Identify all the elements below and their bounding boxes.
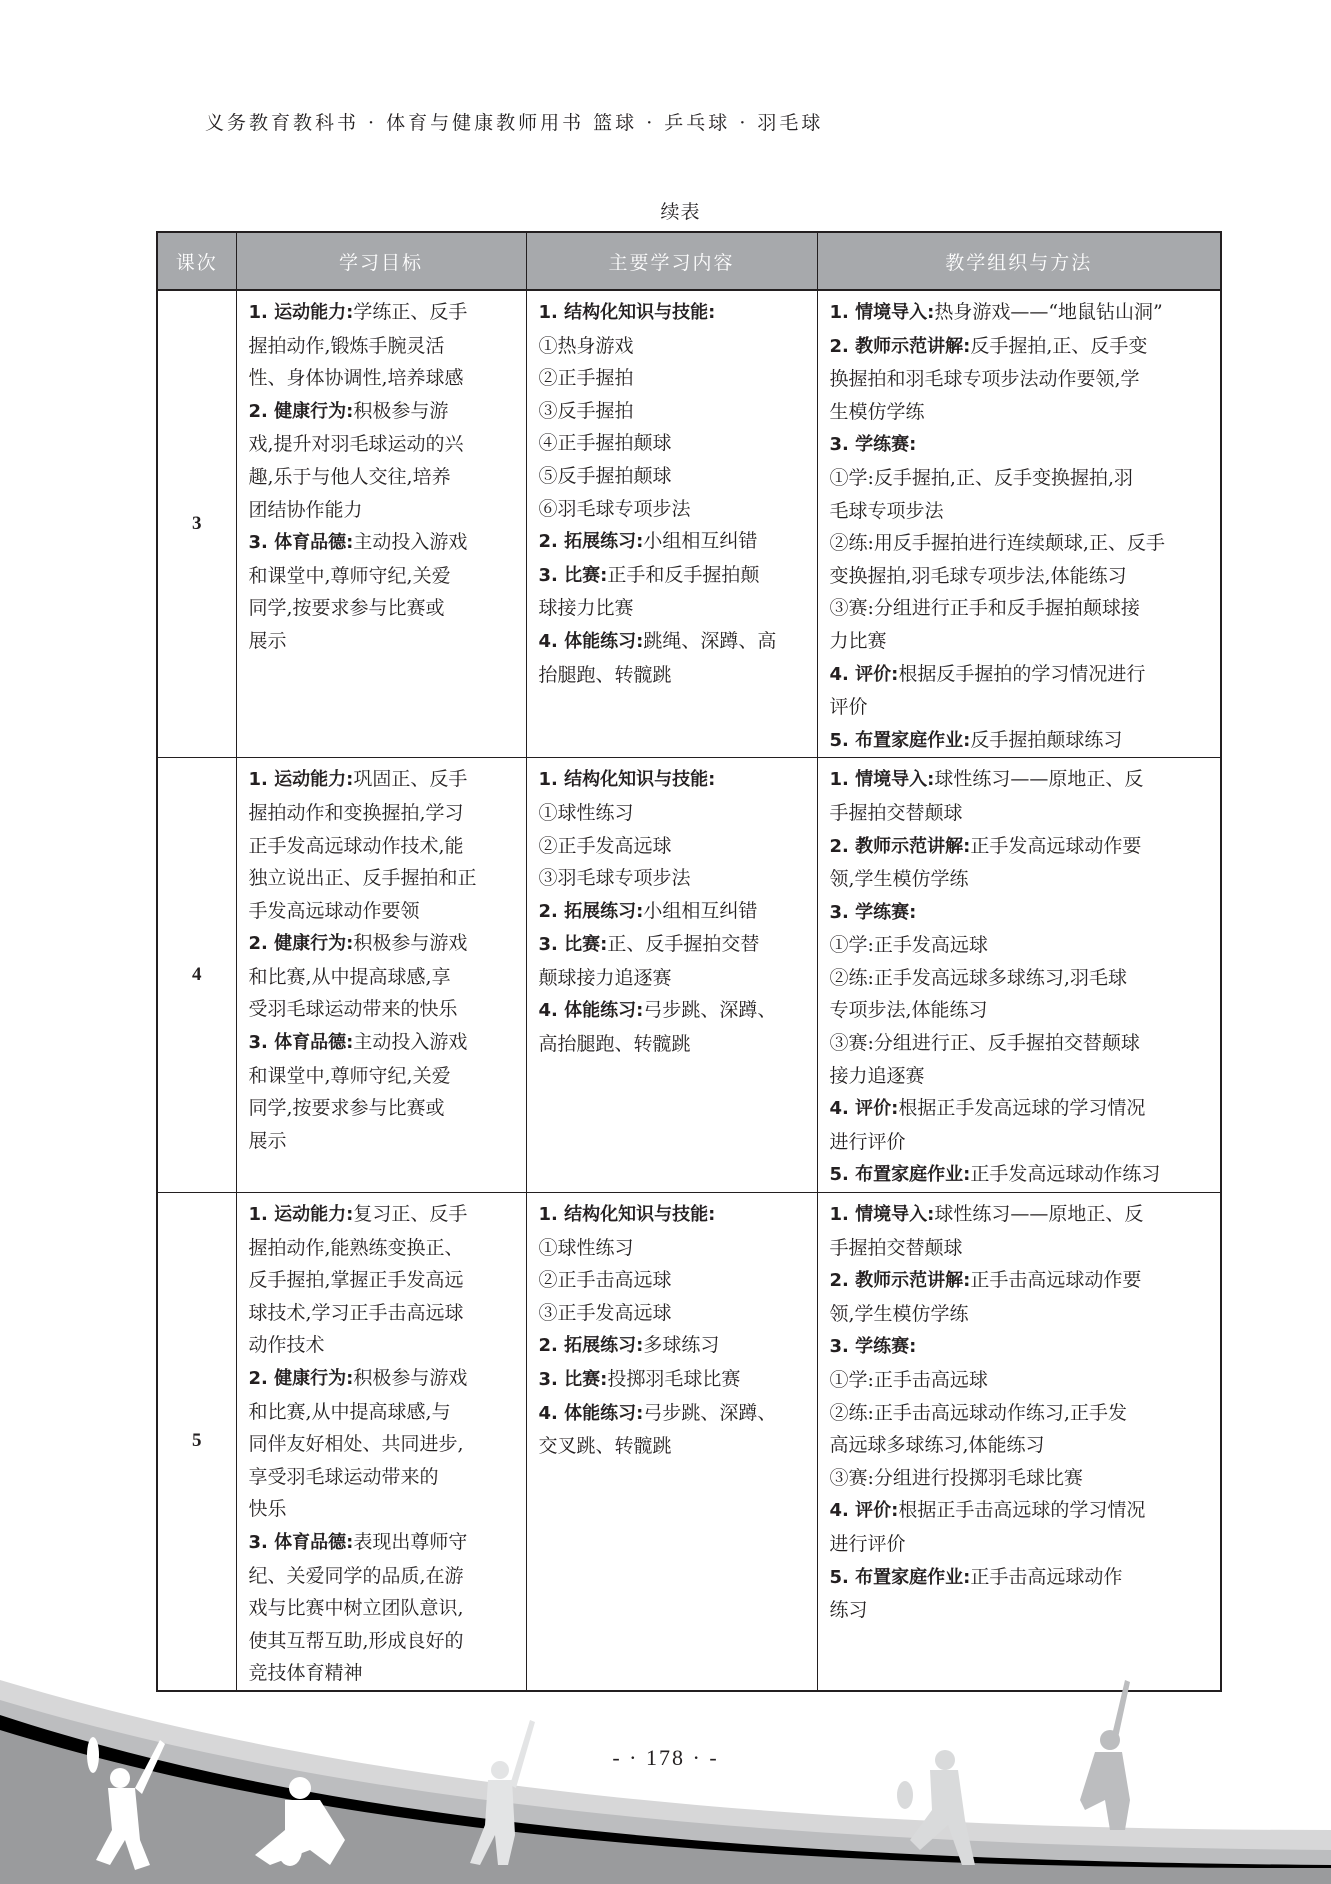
item-text: 积极参与游戏 <box>353 1367 467 1389</box>
item-text: 学练正、反手 <box>353 301 467 323</box>
methods-line: 领,学生模仿学练 <box>830 1298 1211 1331</box>
item-heading: 2. 健康行为: <box>249 933 354 954</box>
methods-line: 4. 评价:根据反手握拍的学习情况进行 <box>830 658 1211 692</box>
item-text: ①球性练习 <box>539 802 634 824</box>
item-text: 正手击高远球动作 <box>970 1566 1122 1588</box>
item-text: 手发高远球动作要领 <box>249 900 420 922</box>
methods-line: 5. 布置家庭作业:正手发高远球动作练习 <box>830 1158 1211 1192</box>
item-heading: 1. 结构化知识与技能: <box>539 1204 716 1225</box>
running-header: 义务教育教科书 · 体育与健康教师用书 篮球 · 乒乓球 · 羽毛球 <box>205 108 823 135</box>
content-line: ④正手握拍颠球 <box>539 427 807 460</box>
item-text: 生模仿学练 <box>830 401 925 423</box>
methods-line: 3. 学练赛: <box>830 1330 1211 1364</box>
item-text: 戏与比赛中树立团队意识, <box>249 1597 464 1619</box>
item-heading: 5. 布置家庭作业: <box>830 730 971 751</box>
methods-line: ③赛:分组进行正手和反手握拍颠球接 <box>830 592 1211 625</box>
item-text: 趣,乐于与他人交往,培养 <box>249 466 451 488</box>
cell-content: 1. 结构化知识与技能:①球性练习②正手发高远球③羽毛球专项步法2. 拓展练习:… <box>526 758 817 1193</box>
item-heading: 2. 拓展练习: <box>539 1335 644 1356</box>
content-line: 1. 结构化知识与技能: <box>539 296 807 330</box>
item-heading: 2. 教师示范讲解: <box>830 336 971 357</box>
item-text: 根据反手握拍的学习情况进行 <box>898 663 1145 685</box>
methods-line: 3. 学练赛: <box>830 896 1211 930</box>
methods-line: 练习 <box>830 1594 1211 1627</box>
item-text: 复习正、反手 <box>353 1203 467 1225</box>
methods-line: 进行评价 <box>830 1528 1211 1561</box>
goals-line: 握拍动作,能熟练变换正、 <box>249 1232 516 1265</box>
column-header-content: 主要学习内容 <box>526 232 817 290</box>
item-text: 毛球专项步法 <box>830 500 944 522</box>
item-text: 戏,提升对羽毛球运动的兴 <box>249 433 464 455</box>
goals-line: 2. 健康行为:积极参与游戏 <box>249 1362 516 1396</box>
goals-line: 手发高远球动作要领 <box>249 895 516 928</box>
goals-line: 3. 体育品德:主动投入游戏 <box>249 1026 516 1060</box>
table-row: 41. 运动能力:巩固正、反手握拍动作和变换握拍,学习正手发高远球动作技术,能独… <box>157 758 1221 1193</box>
methods-line: 高远球多球练习,体能练习 <box>830 1429 1211 1462</box>
goals-line: 同学,按要求参与比赛或 <box>249 592 516 625</box>
item-text: 反手握拍,掌握正手发高远 <box>249 1269 464 1291</box>
methods-line: 变换握拍,羽毛球专项步法,体能练习 <box>830 560 1211 593</box>
goals-line: 同伴友好相处、共同进步, <box>249 1428 516 1461</box>
methods-line: 2. 教师示范讲解:反手握拍,正、反手变 <box>830 330 1211 364</box>
cell-goals: 1. 运动能力:复习正、反手握拍动作,能熟练变换正、反手握拍,掌握正手发高远球技… <box>236 1193 526 1691</box>
item-text: 主动投入游戏 <box>353 1031 467 1053</box>
item-text: ⑤反手握拍颠球 <box>539 465 672 487</box>
item-heading: 1. 运动能力: <box>249 302 354 323</box>
methods-line: 换握拍和羽毛球专项步法动作要领,学 <box>830 363 1211 396</box>
methods-line: ①学:反手握拍,正、反手变换握拍,羽 <box>830 462 1211 495</box>
item-text: 球性练习——原地正、反 <box>934 768 1143 790</box>
methods-line: 3. 学练赛: <box>830 428 1211 462</box>
cell-goals: 1. 运动能力:学练正、反手握拍动作,锻炼手腕灵活性、身体协调性,培养球感2. … <box>236 290 526 758</box>
item-text: ③赛:分组进行投掷羽毛球比赛 <box>830 1467 1083 1489</box>
item-text: ①球性练习 <box>539 1237 634 1259</box>
methods-line: ②练:用反手握拍进行连续颠球,正、反手 <box>830 527 1211 560</box>
item-text: 握拍动作,锻炼手腕灵活 <box>249 335 445 357</box>
item-heading: 2. 健康行为: <box>249 1368 354 1389</box>
item-text: 抬腿跑、转髋跳 <box>539 664 672 686</box>
goals-line: 1. 运动能力:学练正、反手 <box>249 296 516 330</box>
item-text: 领,学生模仿学练 <box>830 868 969 890</box>
content-line: 2. 拓展练习:小组相互纠错 <box>539 895 807 929</box>
item-text: 根据正手发高远球的学习情况 <box>898 1097 1145 1119</box>
content-line: 2. 拓展练习:多球练习 <box>539 1329 807 1363</box>
item-text: ①学:反手握拍,正、反手变换握拍,羽 <box>830 467 1133 489</box>
item-text: 和课堂中,尊师守纪,关爱 <box>249 565 451 587</box>
content-line: ③羽毛球专项步法 <box>539 862 807 895</box>
item-text: 小组相互纠错 <box>643 900 757 922</box>
item-text: 积极参与游 <box>353 400 448 422</box>
goals-line: 3. 体育品德:主动投入游戏 <box>249 526 516 560</box>
item-text: ②正手握拍 <box>539 367 634 389</box>
item-heading: 2. 教师示范讲解: <box>830 836 971 857</box>
methods-line: ①学:正手击高远球 <box>830 1364 1211 1397</box>
item-text: 同学,按要求参与比赛或 <box>249 597 445 619</box>
item-text: 和比赛,从中提高球感,与 <box>249 1401 451 1423</box>
item-text: 高抬腿跑、转髋跳 <box>539 1033 691 1055</box>
content-line: 2. 拓展练习:小组相互纠错 <box>539 525 807 559</box>
item-text: 受羽毛球运动带来的快乐 <box>249 998 458 1020</box>
item-text: 力比赛 <box>830 630 887 652</box>
content-line: ⑤反手握拍颠球 <box>539 460 807 493</box>
item-text: 巩固正、反手 <box>353 768 467 790</box>
content-line: 4. 体能练习:弓步跳、深蹲、 <box>539 994 807 1028</box>
goals-line: 趣,乐于与他人交往,培养 <box>249 461 516 494</box>
methods-line: ②练:正手发高远球多球练习,羽毛球 <box>830 962 1211 995</box>
methods-line: 生模仿学练 <box>830 396 1211 429</box>
item-text: 多球练习 <box>643 1334 719 1356</box>
item-heading: 3. 比赛: <box>539 934 608 955</box>
content-line: ①球性练习 <box>539 1232 807 1265</box>
cell-content: 1. 结构化知识与技能:①热身游戏②正手握拍③反手握拍④正手握拍颠球⑤反手握拍颠… <box>526 290 817 758</box>
item-text: 投掷羽毛球比赛 <box>607 1368 740 1390</box>
item-text: 动作技术 <box>249 1334 325 1356</box>
item-heading: 1. 情境导入: <box>830 1204 935 1225</box>
methods-line: ②练:正手击高远球动作练习,正手发 <box>830 1397 1211 1430</box>
item-text: ①学:正手击高远球 <box>830 1369 988 1391</box>
goals-line: 享受羽毛球运动带来的 <box>249 1461 516 1494</box>
item-text: 颠球接力追逐赛 <box>539 967 672 989</box>
methods-line: 2. 教师示范讲解:正手发高远球动作要 <box>830 830 1211 864</box>
column-header-lesson: 课次 <box>157 232 236 290</box>
column-header-goals: 学习目标 <box>236 232 526 290</box>
item-text: ③反手握拍 <box>539 400 634 422</box>
goals-line: 戏,提升对羽毛球运动的兴 <box>249 428 516 461</box>
item-text: 正手发高远球动作要 <box>970 835 1141 857</box>
content-line: 4. 体能练习:跳绳、深蹲、高 <box>539 625 807 659</box>
item-text: 变换握拍,羽毛球专项步法,体能练习 <box>830 565 1127 587</box>
lesson-plan-table: 课次 学习目标 主要学习内容 教学组织与方法 31. 运动能力:学练正、反手握拍… <box>156 231 1222 1692</box>
item-text: ②正手发高远球 <box>539 835 672 857</box>
cell-methods: 1. 情境导入:球性练习——原地正、反手握拍交替颠球2. 教师示范讲解:正手击高… <box>817 1193 1221 1691</box>
item-text: ⑥羽毛球专项步法 <box>539 498 691 520</box>
methods-line: 力比赛 <box>830 625 1211 658</box>
item-text: 快乐 <box>249 1498 287 1520</box>
item-text: 专项步法,体能练习 <box>830 999 988 1021</box>
item-heading: 3. 比赛: <box>539 565 608 586</box>
item-text: 进行评价 <box>830 1131 906 1153</box>
methods-line: 接力追逐赛 <box>830 1060 1211 1093</box>
content-line: ②正手发高远球 <box>539 830 807 863</box>
item-text: 弓步跳、深蹲、 <box>643 999 776 1021</box>
goals-line: 快乐 <box>249 1493 516 1526</box>
goals-line: 纪、关爱同学的品质,在游 <box>249 1560 516 1593</box>
content-line: ①热身游戏 <box>539 330 807 363</box>
item-heading: 2. 拓展练习: <box>539 901 644 922</box>
item-text: 反手握拍,正、反手变 <box>970 335 1147 357</box>
goals-line: 握拍动作,锻炼手腕灵活 <box>249 330 516 363</box>
goals-line: 2. 健康行为:积极参与游戏 <box>249 927 516 961</box>
content-line: ②正手击高远球 <box>539 1264 807 1297</box>
page-number: - · 178 · - <box>0 1745 1331 1771</box>
item-text: 评价 <box>830 696 868 718</box>
goals-line: 使其互帮互助,形成良好的 <box>249 1625 516 1658</box>
item-heading: 2. 健康行为: <box>249 401 354 422</box>
methods-line: 专项步法,体能练习 <box>830 994 1211 1027</box>
goals-line: 性、身体协调性,培养球感 <box>249 362 516 395</box>
goals-line: 独立说出正、反手握拍和正 <box>249 862 516 895</box>
goals-line: 球技术,学习正手击高远球 <box>249 1297 516 1330</box>
item-text: 球技术,学习正手击高远球 <box>249 1302 464 1324</box>
goals-line: 动作技术 <box>249 1329 516 1362</box>
item-heading: 1. 结构化知识与技能: <box>539 769 716 790</box>
item-heading: 1. 情境导入: <box>830 769 935 790</box>
goals-line: 展示 <box>249 1125 516 1158</box>
content-line: ③正手发高远球 <box>539 1297 807 1330</box>
goals-line: 1. 运动能力:巩固正、反手 <box>249 763 516 797</box>
item-text: 跳绳、深蹲、高 <box>643 630 776 652</box>
goals-line: 1. 运动能力:复习正、反手 <box>249 1198 516 1232</box>
item-text: 表现出尊师守 <box>353 1531 467 1553</box>
item-text: 换握拍和羽毛球专项步法动作要领,学 <box>830 368 1140 390</box>
methods-line: 1. 情境导入:球性练习——原地正、反 <box>830 763 1211 797</box>
goals-line: 和课堂中,尊师守纪,关爱 <box>249 1060 516 1093</box>
item-text: 正、反手握拍交替 <box>607 933 759 955</box>
item-text: ②练:正手击高远球动作练习,正手发 <box>830 1402 1127 1424</box>
lesson-number: 3 <box>157 290 236 758</box>
table-row: 51. 运动能力:复习正、反手握拍动作,能熟练变换正、反手握拍,掌握正手发高远球… <box>157 1193 1221 1691</box>
item-heading: 3. 学练赛: <box>830 1336 917 1357</box>
item-heading: 1. 运动能力: <box>249 1204 354 1225</box>
item-text: ①热身游戏 <box>539 335 634 357</box>
item-text: 积极参与游戏 <box>353 932 467 954</box>
item-heading: 4. 评价: <box>830 1098 899 1119</box>
item-heading: 4. 评价: <box>830 664 899 685</box>
item-heading: 1. 运动能力: <box>249 769 354 790</box>
item-heading: 3. 学练赛: <box>830 434 917 455</box>
methods-line: 2. 教师示范讲解:正手击高远球动作要 <box>830 1264 1211 1298</box>
methods-line: 5. 布置家庭作业:反手握拍颠球练习 <box>830 724 1211 758</box>
item-text: ③赛:分组进行正手和反手握拍颠球接 <box>830 597 1140 619</box>
item-text: 球性练习——原地正、反 <box>934 1203 1143 1225</box>
goals-line: 团结协作能力 <box>249 494 516 527</box>
goals-line: 握拍动作和变换握拍,学习 <box>249 797 516 830</box>
item-text: 主动投入游戏 <box>353 531 467 553</box>
content-line: 3. 比赛:正、反手握拍交替 <box>539 928 807 962</box>
item-text: 握拍动作,能熟练变换正、 <box>249 1237 464 1259</box>
item-text: ③赛:分组进行正、反手握拍交替颠球 <box>830 1032 1140 1054</box>
cell-goals: 1. 运动能力:巩固正、反手握拍动作和变换握拍,学习正手发高远球动作技术,能独立… <box>236 758 526 1193</box>
item-text: 反手握拍颠球练习 <box>970 729 1122 751</box>
item-heading: 3. 比赛: <box>539 1369 608 1390</box>
table-caption: 续表 <box>0 197 1331 224</box>
item-text: ④正手握拍颠球 <box>539 432 672 454</box>
content-line: ①球性练习 <box>539 797 807 830</box>
content-line: 交叉跳、转髋跳 <box>539 1430 807 1463</box>
methods-line: 5. 布置家庭作业:正手击高远球动作 <box>830 1561 1211 1595</box>
methods-line: ①学:正手发高远球 <box>830 929 1211 962</box>
goals-line: 展示 <box>249 625 516 658</box>
goals-line: 同学,按要求参与比赛或 <box>249 1092 516 1125</box>
item-text: 正手和反手握拍颠 <box>607 564 759 586</box>
goals-line: 3. 体育品德:表现出尊师守 <box>249 1526 516 1560</box>
item-heading: 2. 拓展练习: <box>539 531 644 552</box>
table-row: 31. 运动能力:学练正、反手握拍动作,锻炼手腕灵活性、身体协调性,培养球感2.… <box>157 290 1221 758</box>
lesson-number: 5 <box>157 1193 236 1691</box>
content-line: 4. 体能练习:弓步跳、深蹲、 <box>539 1397 807 1431</box>
methods-line: 4. 评价:根据正手击高远球的学习情况 <box>830 1494 1211 1528</box>
item-heading: 5. 布置家庭作业: <box>830 1164 971 1185</box>
methods-line: 评价 <box>830 691 1211 724</box>
lesson-number: 4 <box>157 758 236 1193</box>
methods-line: 1. 情境导入:热身游戏——“地鼠钻山洞” <box>830 296 1211 330</box>
item-text: 使其互帮互助,形成良好的 <box>249 1630 464 1652</box>
item-text: 领,学生模仿学练 <box>830 1303 969 1325</box>
item-text: 和课堂中,尊师守纪,关爱 <box>249 1065 451 1087</box>
item-text: 独立说出正、反手握拍和正 <box>249 867 477 889</box>
content-line: 高抬腿跑、转髋跳 <box>539 1028 807 1061</box>
goals-line: 2. 健康行为:积极参与游 <box>249 395 516 429</box>
item-text: ③正手发高远球 <box>539 1302 672 1324</box>
goals-line: 和比赛,从中提高球感,享 <box>249 961 516 994</box>
item-text: 同伴友好相处、共同进步, <box>249 1433 464 1455</box>
table-header-row: 课次 学习目标 主要学习内容 教学组织与方法 <box>157 232 1221 290</box>
methods-line: 进行评价 <box>830 1126 1211 1159</box>
goals-line: 戏与比赛中树立团队意识, <box>249 1592 516 1625</box>
item-text: 性、身体协调性,培养球感 <box>249 367 464 389</box>
item-heading: 2. 教师示范讲解: <box>830 1270 971 1291</box>
methods-line: 1. 情境导入:球性练习——原地正、反 <box>830 1198 1211 1232</box>
item-text: 小组相互纠错 <box>643 530 757 552</box>
methods-line: 4. 评价:根据正手发高远球的学习情况 <box>830 1092 1211 1126</box>
content-line: ③反手握拍 <box>539 395 807 428</box>
content-line: 3. 比赛:投掷羽毛球比赛 <box>539 1363 807 1397</box>
item-text: ③羽毛球专项步法 <box>539 867 691 889</box>
goals-line: 反手握拍,掌握正手发高远 <box>249 1264 516 1297</box>
item-text: 握拍动作和变换握拍,学习 <box>249 802 464 824</box>
goals-line: 受羽毛球运动带来的快乐 <box>249 993 516 1026</box>
item-text: 正手击高远球动作要 <box>970 1269 1141 1291</box>
item-text: 进行评价 <box>830 1533 906 1555</box>
item-heading: 5. 布置家庭作业: <box>830 1567 971 1588</box>
cell-methods: 1. 情境导入:热身游戏——“地鼠钻山洞”2. 教师示范讲解:反手握拍,正、反手… <box>817 290 1221 758</box>
item-text: 展示 <box>249 630 287 652</box>
item-heading: 4. 体能练习: <box>539 1403 644 1424</box>
item-text: 手握拍交替颠球 <box>830 802 963 824</box>
item-heading: 3. 体育品德: <box>249 1032 354 1053</box>
item-text: 根据正手击高远球的学习情况 <box>898 1499 1145 1521</box>
goals-line: 和课堂中,尊师守纪,关爱 <box>249 560 516 593</box>
content-line: 3. 比赛:正手和反手握拍颠 <box>539 559 807 593</box>
item-text: 团结协作能力 <box>249 499 363 521</box>
content-line: ⑥羽毛球专项步法 <box>539 493 807 526</box>
item-text: 和比赛,从中提高球感,享 <box>249 966 451 988</box>
methods-line: ③赛:分组进行正、反手握拍交替颠球 <box>830 1027 1211 1060</box>
item-text: 练习 <box>830 1599 868 1621</box>
item-heading: 3. 体育品德: <box>249 1532 354 1553</box>
item-heading: 4. 评价: <box>830 1500 899 1521</box>
item-heading: 1. 结构化知识与技能: <box>539 302 716 323</box>
methods-line: 毛球专项步法 <box>830 495 1211 528</box>
content-line: 球接力比赛 <box>539 592 807 625</box>
item-text: 同学,按要求参与比赛或 <box>249 1097 445 1119</box>
item-text: 交叉跳、转髋跳 <box>539 1435 672 1457</box>
item-heading: 4. 体能练习: <box>539 1000 644 1021</box>
item-text: 享受羽毛球运动带来的 <box>249 1466 439 1488</box>
item-heading: 3. 学练赛: <box>830 902 917 923</box>
item-text: ②练:正手发高远球多球练习,羽毛球 <box>830 967 1127 989</box>
item-text: 正手发高远球动作技术,能 <box>249 835 464 857</box>
cell-content: 1. 结构化知识与技能:①球性练习②正手击高远球③正手发高远球2. 拓展练习:多… <box>526 1193 817 1691</box>
item-text: 接力追逐赛 <box>830 1065 925 1087</box>
content-line: 1. 结构化知识与技能: <box>539 763 807 797</box>
cell-methods: 1. 情境导入:球性练习——原地正、反手握拍交替颠球2. 教师示范讲解:正手发高… <box>817 758 1221 1193</box>
item-text: 热身游戏——“地鼠钻山洞” <box>934 301 1162 323</box>
item-text: 弓步跳、深蹲、 <box>643 1402 776 1424</box>
methods-line: ③赛:分组进行投掷羽毛球比赛 <box>830 1462 1211 1495</box>
item-text: 手握拍交替颠球 <box>830 1237 963 1259</box>
content-line: ②正手握拍 <box>539 362 807 395</box>
goals-line: 和比赛,从中提高球感,与 <box>249 1396 516 1429</box>
content-line: 颠球接力追逐赛 <box>539 962 807 995</box>
item-text: ②练:用反手握拍进行连续颠球,正、反手 <box>830 532 1165 554</box>
column-header-methods: 教学组织与方法 <box>817 232 1221 290</box>
item-text: 球接力比赛 <box>539 597 634 619</box>
item-text: ②正手击高远球 <box>539 1269 672 1291</box>
content-line: 抬腿跑、转髋跳 <box>539 659 807 692</box>
item-text: 高远球多球练习,体能练习 <box>830 1434 1045 1456</box>
item-text: 纪、关爱同学的品质,在游 <box>249 1565 464 1587</box>
methods-line: 手握拍交替颠球 <box>830 1232 1211 1265</box>
item-heading: 4. 体能练习: <box>539 631 644 652</box>
item-heading: 1. 情境导入: <box>830 302 935 323</box>
goals-line: 正手发高远球动作技术,能 <box>249 830 516 863</box>
footer-decoration <box>0 1660 1331 1884</box>
item-text: ①学:正手发高远球 <box>830 934 988 956</box>
methods-line: 领,学生模仿学练 <box>830 863 1211 896</box>
item-text: 正手发高远球动作练习 <box>970 1163 1160 1185</box>
item-text: 展示 <box>249 1130 287 1152</box>
content-line: 1. 结构化知识与技能: <box>539 1198 807 1232</box>
methods-line: 手握拍交替颠球 <box>830 797 1211 830</box>
item-heading: 3. 体育品德: <box>249 532 354 553</box>
